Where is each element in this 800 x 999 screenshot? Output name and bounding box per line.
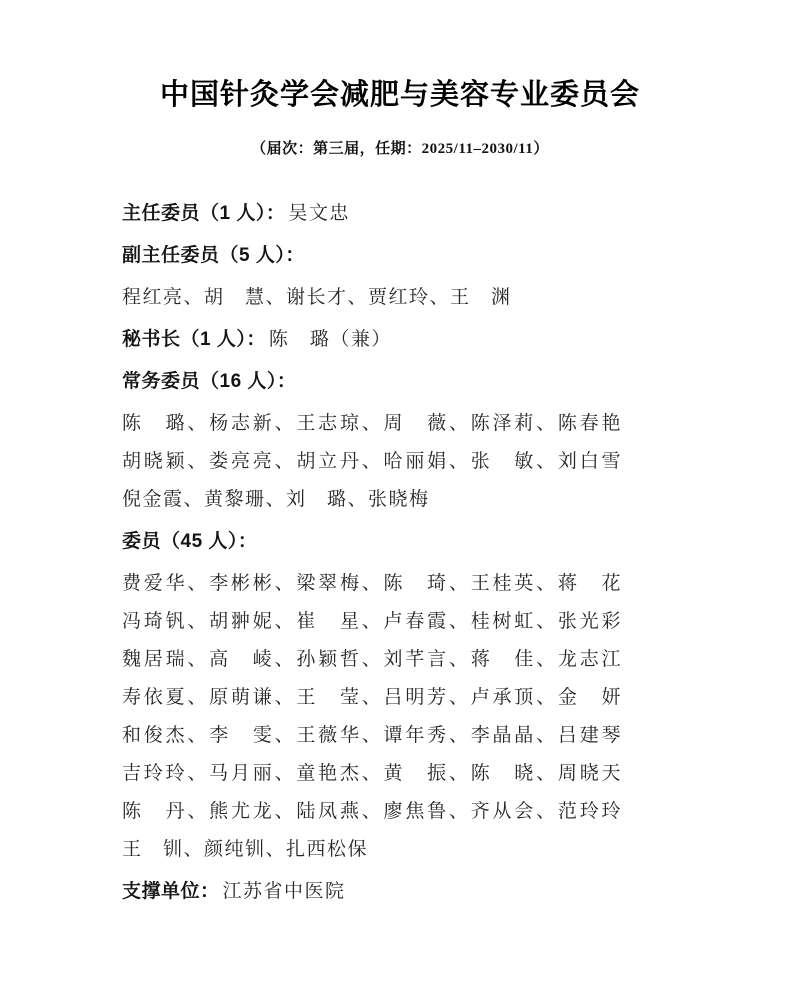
page-title: 中国针灸学会减肥与美容专业委员会 <box>0 78 800 112</box>
section-label: 委员（45 人）： <box>122 531 257 552</box>
document-subtitle: （届次：第三届，任期：2025/11–2030/11） <box>0 139 800 159</box>
member-names-line: 吉玲玲、马月丽、童艳杰、黄 振、陈 晓、周晓天 <box>122 762 622 785</box>
member-names-line: 和俊杰、李 雯、王薇华、谭年秀、李晶晶、吕建琴 <box>122 724 622 747</box>
section-label: 秘书长（1 人）： <box>122 329 266 350</box>
section-label: 常务委员（16 人）： <box>122 371 296 392</box>
section-heading: 常务委员（16 人）： <box>122 370 622 393</box>
section-heading: 支撑单位：江苏省中医院 <box>122 880 622 903</box>
section-label: 主任委员（1 人）： <box>122 203 285 224</box>
member-names-line: 王 钏、颜纯钏、扎西松保 <box>122 838 622 861</box>
section-label: 副主任委员（5 人）： <box>122 245 305 266</box>
member-names-line: 陈 丹、熊尤龙、陆凤燕、廖焦鲁、齐从会、范玲玲 <box>122 800 622 823</box>
member-names-line: 魏居瑞、高 崚、孙颖哲、刘芊言、蒋 佳、龙志江 <box>122 648 622 671</box>
section-inline-value: 吴文忠 <box>288 203 350 224</box>
member-names-line: 倪金霞、黄黎珊、刘 璐、张晓梅 <box>122 488 622 511</box>
member-names-line: 寿依夏、原萌谦、王 莹、吕明芳、卢承顶、金 妍 <box>122 686 622 709</box>
section-heading: 委员（45 人）： <box>122 530 622 553</box>
member-names-line: 冯琦钒、胡翀妮、崔 星、卢春霞、桂树虹、张光彩 <box>122 610 622 633</box>
section-heading: 秘书长（1 人）：陈 璐（兼） <box>122 328 622 351</box>
section-heading: 主任委员（1 人）：吴文忠 <box>122 202 622 225</box>
member-names-line: 费爱华、李彬彬、梁翠梅、陈 琦、王桂英、蒋 花 <box>122 572 622 595</box>
member-names-line: 胡晓颖、娄亮亮、胡立丹、哈丽娟、张 敏、刘白雪 <box>122 450 622 473</box>
section-label: 支撑单位： <box>122 881 220 902</box>
sections-container: 主任委员（1 人）：吴文忠副主任委员（5 人）：程红亮、胡 慧、谢长才、贾红玲、… <box>122 202 622 903</box>
document-page: 中国针灸学会减肥与美容专业委员会 （届次：第三届，任期：2025/11–2030… <box>0 0 800 999</box>
section-inline-value: 江苏省中医院 <box>223 881 346 902</box>
member-names-line: 程红亮、胡 慧、谢长才、贾红玲、王 渊 <box>122 286 622 309</box>
section-heading: 副主任委员（5 人）： <box>122 244 622 267</box>
section-inline-value: 陈 璐（兼） <box>269 329 392 350</box>
member-names-line: 陈 璐、杨志新、王志琼、周 薇、陈泽莉、陈春艳 <box>122 412 622 435</box>
